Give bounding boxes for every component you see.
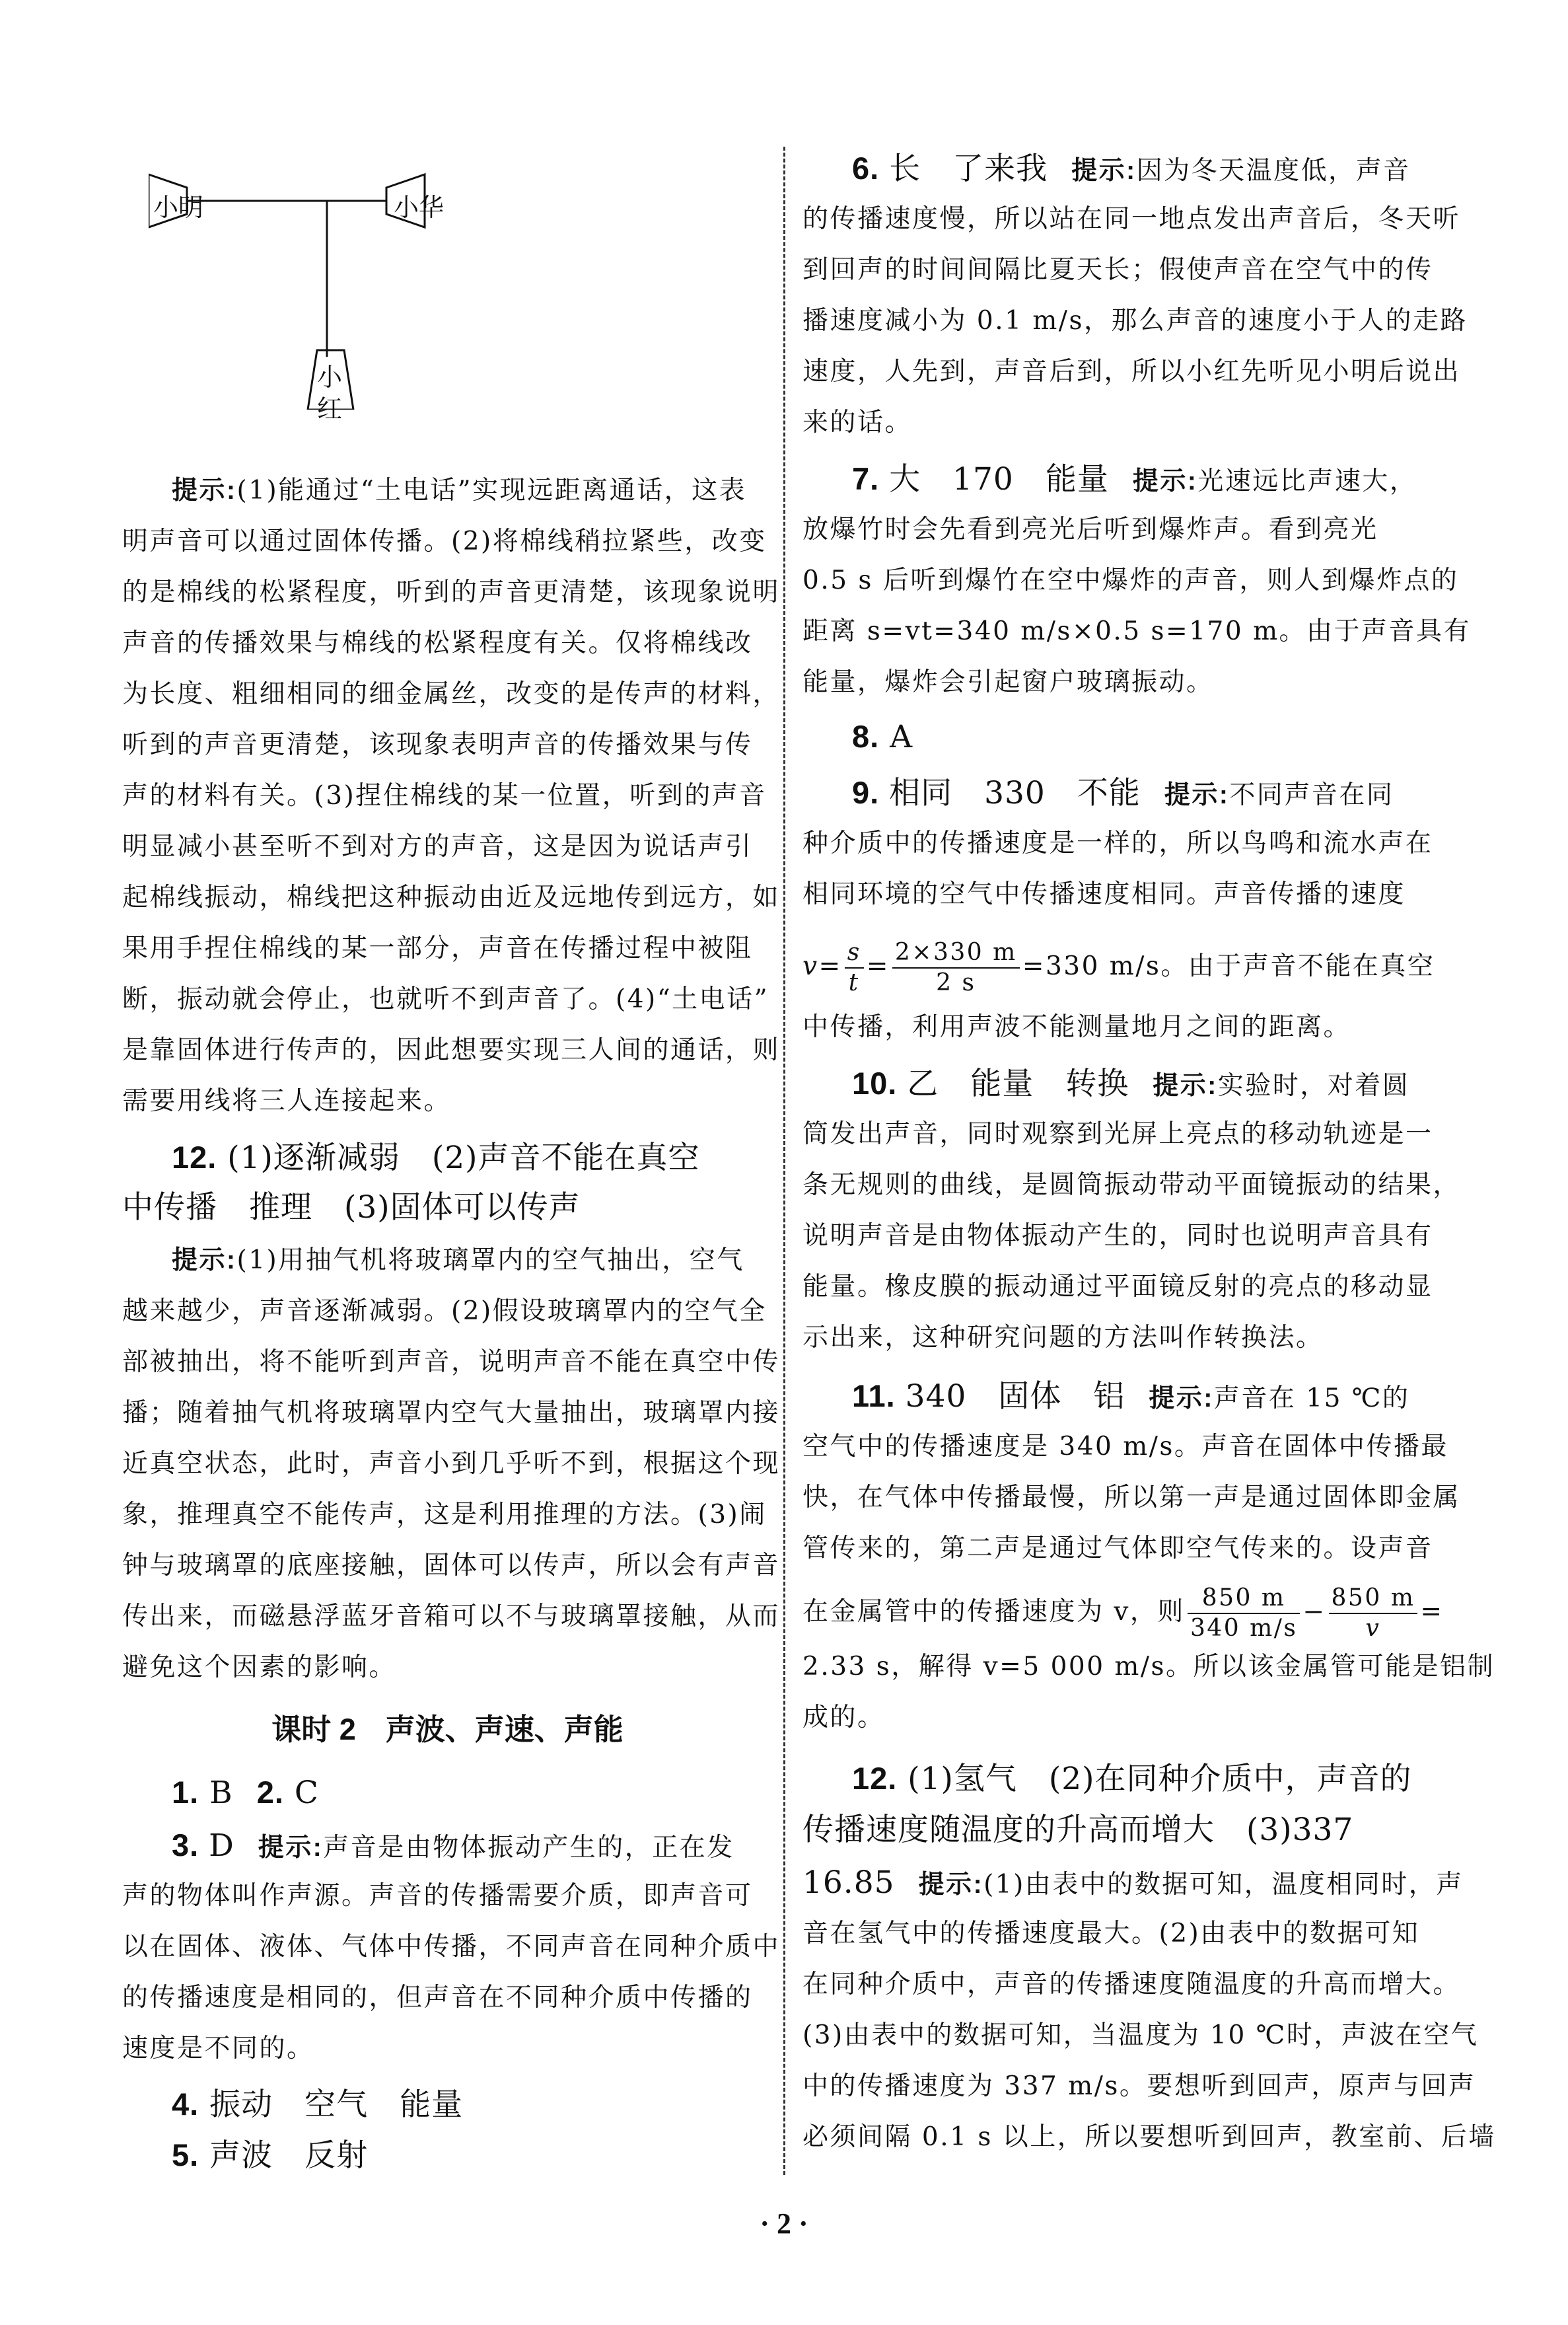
q12-hint-line: (3)由表中的数据可知，当温度为 10 ℃时，声波在空气 [802,2016,1453,2055]
q5-answer: 5. 声波 反射 [172,2135,773,2175]
q12-hint-line: 提示:(1)用抽气机将玻璃罩内的空气抽出，空气 [172,1241,773,1280]
q12-hint-line: 在同种介质中，声音的传播速度随温度的升高而增大。 [802,1965,1453,2005]
q12-answer-cont: 中传播 推理 (3)固体可以传声 [122,1188,773,1228]
q3-hint-line: 的传播速度是相同的，但声音在不同种介质中传播的 [122,1978,773,2018]
q6-hint-line: 速度，人先到，声音后到，所以小红先听见小明后说出 [802,352,1453,392]
q10-hint-line: 说明声音是由物体振动产生的，同时也说明声音具有 [802,1216,1453,1256]
q9-hint-line: 中传播，利用声波不能测量地月之间的距离。 [802,1008,1453,1047]
q11-hint-line: 2.33 s，解得 v=5 000 m/s。所以该金属管可能是铝制 [802,1647,1453,1687]
q6-hint-line: 的传播速度慢，所以站在同一地点发出声音后，冬天听 [802,200,1453,239]
page-number: · 2 · [0,2207,1568,2240]
q10-hint-line: 条无规则的曲线，是圆筒振动带动平面镜振动的结果， [802,1165,1453,1205]
fraction: 850 m340 m/s [1188,1584,1300,1643]
q12-hint-line: 部被抽出，将不能听到声音，说明声音不能在真空中传 [122,1343,773,1382]
q3-answer: 3. D提示:声音是由物体振动产生的，正在发 [172,1826,773,1865]
q11-hint-line: 听到的声音更清楚，该现象表明声音的传播效果与传 [122,725,773,765]
q3-hint-line: 以在固体、液体、气体中传播，不同声音在同种介质中 [122,1927,773,1967]
q12-hint-line: 音在氢气中的传播速度最大。(2)由表中的数据可知 [802,1914,1453,1954]
hint-label: 提示: [172,476,237,505]
q6-answer: 6. 长 了来我提示:因为冬天温度低，声音 [852,149,1453,188]
fraction: st [845,938,864,998]
column-divider [783,147,785,2175]
q11-hint-line: 成的。 [802,1698,1453,1738]
q6-hint-line: 来的话。 [802,403,1453,443]
q10-hint-line: 示出来，这种研究问题的方法叫作转换法。 [802,1318,1453,1358]
fraction: 850 mv [1329,1584,1418,1643]
q11-hint-line: 快，在气体中传播最慢，所以第一声是通过固体即金属 [802,1478,1453,1518]
q3-hint-line: 速度是不同的。 [122,2029,773,2069]
q9-hint-line: 种介质中的传播速度是一样的，所以鸟鸣和流水声在 [802,824,1453,864]
q11-hint-line: 声的材料有关。(3)捏住棉线的某一位置，听到的声音 [122,776,773,816]
q12-answer: 12. (1)逐渐减弱 (2)声音不能在真空 [172,1138,773,1177]
q9-answer: 9. 相同 330 不能提示:不同声音在同 [852,773,1453,813]
q6-hint-line: 到回声的时间间隔比夏天长；假使声音在空气中的传 [802,250,1453,290]
q12-hint-line: 必须间隔 0.1 s 以上，所以要想听到回声，教室前、后墙 [802,2118,1453,2157]
diagram-label-xiaoming: 小明 [153,187,203,223]
q3-hint-line: 声的物体叫作声源。声音的传播需要介质，即声音可 [122,1876,773,1916]
q12-hint-line: 播；随着抽气机将玻璃罩内空气大量抽出，玻璃罩内接 [122,1393,773,1433]
q11-hint-line: 果用手捏住棉线的某一部分，声音在传播过程中被阻 [122,929,773,969]
q11-answer: 11. 340 固体 铝提示:声音在 15 ℃的 [852,1376,1453,1416]
q9-hint-line: 相同环境的空气中传播速度相同。声音传播的速度 [802,875,1453,914]
q11-hint-line: 断，振动就会停止，也就听不到声音了。(4)“土电话” [122,980,773,1019]
q12-hint-line: 避免这个因素的影响。 [122,1648,773,1687]
diagram-label-xiaohong-2: 红 [317,388,342,425]
q12-hint-line: 传出来，而磁悬浮蓝牙音箱可以不与玻璃罩接触，从而 [122,1597,773,1637]
section-heading: 课时 2 声波、声速、声能 [122,1710,773,1750]
fraction: 2×330 m2 s [892,938,1020,998]
q7-answer: 7. 大 170 能量提示:光速远比声速大， [852,459,1453,499]
q7-hint-line: 放爆竹时会先看到亮光后听到爆炸声。看到亮光 [802,510,1453,550]
q6-hint-line: 播速度减小为 0.1 m/s，那么声音的速度小于人的走路 [802,301,1453,341]
q1-q2-answers: 1. B2. C [172,1773,773,1812]
q12-answer: 12. (1)氢气 (2)在同种介质中，声音的 [852,1759,1453,1798]
q7-hint-line: 能量，爆炸会引起窗户玻璃振动。 [802,663,1453,702]
q11-hint-line: 为长度、粗细相同的细金属丝，改变的是传声的材料， [122,675,773,714]
q12-hint-line: 越来越少，声音逐渐减弱。(2)假设玻璃罩内的空气全 [122,1292,773,1331]
q11-hint-line: 的是棉线的松紧程度，听到的声音更清楚，该现象说明 [122,573,773,612]
q11-hint-line: 明声音可以通过固体传播。(2)将棉线稍拉紧些，改变 [122,522,773,562]
q7-hint-line: 0.5 s 后听到爆竹在空中爆炸的声音，则人到爆炸点的 [802,561,1453,601]
q9-formula: v=st=2×330 m2 s=330 m/s。由于声音不能在真空 [802,935,1453,998]
q12-answer-cont: 传播速度随温度的升高而增大 (3)337 [802,1810,1453,1850]
diagram-label-xiaohua: 小华 [394,187,444,223]
q12-hint-line: 中的传播速度为 337 m/s。要想听到回声，原声与回声 [802,2067,1453,2106]
q11-hint-line: 需要用线将三人连接起来。 [122,1082,773,1121]
q7-hint-line: 距离 s=vt=340 m/s×0.5 s=170 m。由于声音具有 [802,612,1453,651]
diagram-label-xiaohong-1: 小 [317,357,342,393]
q11-hint-line: 提示:(1)能通过“土电话”实现远距离通话，这表 [172,471,773,511]
q12-answer-hint-line: 16.85提示:(1)由表中的数据可知，温度相同时，声 [802,1863,1453,1903]
q11-formula: 在金属管中的传播速度为 v，则850 m340 m/s−850 mv= [802,1579,1453,1645]
q8-answer: 8. A [852,717,1453,757]
q11-hint-line: 明显减小甚至听不到对方的声音，这是因为说话声引 [122,827,773,867]
q11-hint-line: 是靠固体进行传声的，因此想要实现三人间的通话，则 [122,1031,773,1070]
q10-hint-line: 筒发出声音，同时观察到光屏上亮点的移动轨迹是一 [802,1115,1453,1154]
q12-hint-line: 近真空状态，此时，声音小到几乎听不到，根据这个现 [122,1444,773,1484]
q11-hint-line: 空气中的传播速度是 340 m/s。声音在固体中传播最 [802,1427,1453,1467]
q10-hint-line: 能量。橡皮膜的振动通过平面镜反射的亮点的移动显 [802,1267,1453,1307]
q12-hint-line: 象，推理真空不能传声，这是利用推理的方法。(3)闹 [122,1495,773,1535]
q11-hint-line: 起棉线振动，棉线把这种振动由近及远地传到远方，如 [122,878,773,918]
q12-hint-line: 钟与玻璃罩的底座接触，固体可以传声，所以会有声音 [122,1546,773,1586]
q11-hint-line: 管传来的，第二声是通过气体即空气传来的。设声音 [802,1529,1453,1568]
q10-answer: 10. 乙 能量 转换提示:实验时，对着圆 [852,1064,1453,1103]
q11-hint-line: 声音的传播效果与棉线的松紧程度有关。仅将棉线改 [122,624,773,663]
q4-answer: 4. 振动 空气 能量 [172,2085,773,2124]
